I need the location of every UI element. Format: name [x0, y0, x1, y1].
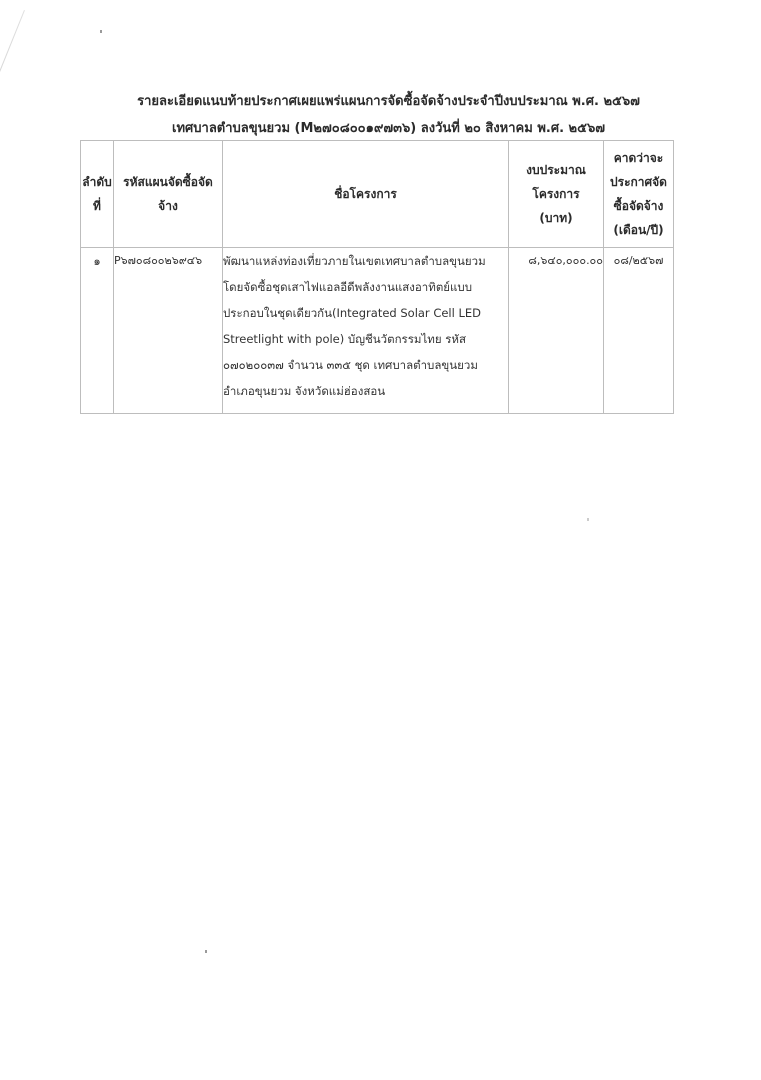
header-expected-date: คาดว่าจะ ประกาศจัด ซื้อจัดจ้าง (เดือน/ปี…: [604, 141, 674, 248]
scan-speck: [205, 950, 207, 953]
scan-artifact-line: [0, 10, 25, 131]
cell-expected-date: ๐๘/๒๕๖๗: [604, 248, 674, 414]
header-plan-code: รหัสแผนจัดซื้อจัด จ้าง: [114, 141, 223, 248]
header-budget: งบประมาณ โครงการ (บาท): [509, 141, 604, 248]
document-title: รายละเอียดแนบท้ายประกาศเผยแพร่แผนการจัดซ…: [8, 90, 761, 111]
table-header-row: ลำดับ ที่ รหัสแผนจัดซื้อจัด จ้าง ชื่อโคร…: [81, 141, 674, 248]
document-subtitle: เทศบาลตำบลขุนยวม (M๒๗๐๘๐๐๑๙๗๓๖) ลงวันที่…: [8, 117, 761, 138]
scan-speck: [587, 518, 589, 521]
header-project-name: ชื่อโครงการ: [223, 141, 509, 248]
scan-speck: [100, 30, 102, 33]
table-row: ๑ P๖๗๐๘๐๐๒๖๙๔๖ พัฒนาแหล่งท่องเที่ยวภายใน…: [81, 248, 674, 414]
procurement-plan-table: ลำดับ ที่ รหัสแผนจัดซื้อจัด จ้าง ชื่อโคร…: [80, 140, 674, 414]
cell-project-name: พัฒนาแหล่งท่องเที่ยวภายในเขตเทศบาลตำบลขุ…: [223, 248, 509, 414]
header-sequence: ลำดับ ที่: [81, 141, 114, 248]
cell-budget: ๘,๖๔๐,๐๐๐.๐๐: [509, 248, 604, 414]
cell-sequence: ๑: [81, 248, 114, 414]
cell-plan-code: P๖๗๐๘๐๐๒๖๙๔๖: [114, 248, 223, 414]
